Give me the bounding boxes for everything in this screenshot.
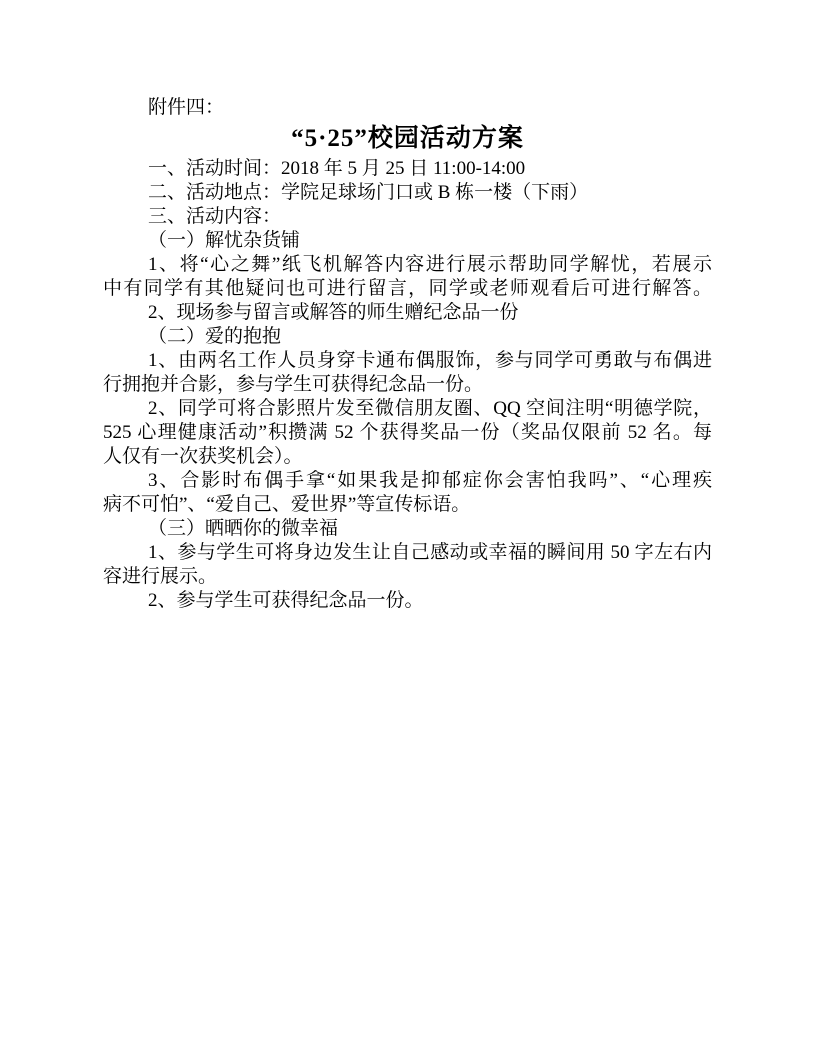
document-line: 1、将“心之舞”纸飞机解答内容进行展示帮助同学解忧，若展示 (103, 253, 712, 277)
document-line: 行拥抱并合影，参与学生可获得纪念品一份。 (103, 373, 712, 397)
document-line: （三）晒晒你的微幸福 (103, 517, 712, 541)
document-content: 附件四： “5·25”校园活动方案 一、活动时间：2018 年 5 月 25 日… (103, 96, 712, 613)
document-page: 附件四： “5·25”校园活动方案 一、活动时间：2018 年 5 月 25 日… (0, 0, 816, 1056)
document-line: 2、同学可将合影照片发至微信朋友圈、QQ 空间注明“明德学院， (103, 397, 712, 421)
document-line: 一、活动时间：2018 年 5 月 25 日 11:00-14:00 (103, 157, 712, 181)
document-line: 二、活动地点：学院足球场门口或 B 栋一楼（下雨） (103, 181, 712, 205)
document-line: 三、活动内容： (103, 205, 712, 229)
document-line: （二）爱的抱抱 (103, 325, 712, 349)
document-title: “5·25”校园活动方案 (103, 120, 712, 157)
document-line: 3、合影时布偶手拿“如果我是抑郁症你会害怕我吗”、“心理疾 (103, 469, 712, 493)
document-line: 2、现场参与留言或解答的师生赠纪念品一份 (103, 301, 712, 325)
document-line: 1、由两名工作人员身穿卡通布偶服饰，参与同学可勇敢与布偶进 (103, 349, 712, 373)
attachment-label: 附件四： (103, 96, 712, 120)
document-line: 容进行展示。 (103, 565, 712, 589)
document-line: 1、参与学生可将身边发生让自己感动或幸福的瞬间用 50 字左右内 (103, 541, 712, 565)
document-line: 人仅有一次获奖机会）。 (103, 445, 712, 469)
document-body: 一、活动时间：2018 年 5 月 25 日 11:00-14:00二、活动地点… (103, 157, 712, 613)
document-line: 病不可怕”、“爱自己、爱世界”等宣传标语。 (103, 493, 712, 517)
document-line: 中有同学有其他疑问也可进行留言，同学或老师观看后可进行解答。 (103, 277, 712, 301)
document-line: （一）解忧杂货铺 (103, 229, 712, 253)
document-line: 2、参与学生可获得纪念品一份。 (103, 589, 712, 613)
document-line: 525 心理健康活动”积攒满 52 个获得奖品一份（奖品仅限前 52 名。每 (103, 421, 712, 445)
